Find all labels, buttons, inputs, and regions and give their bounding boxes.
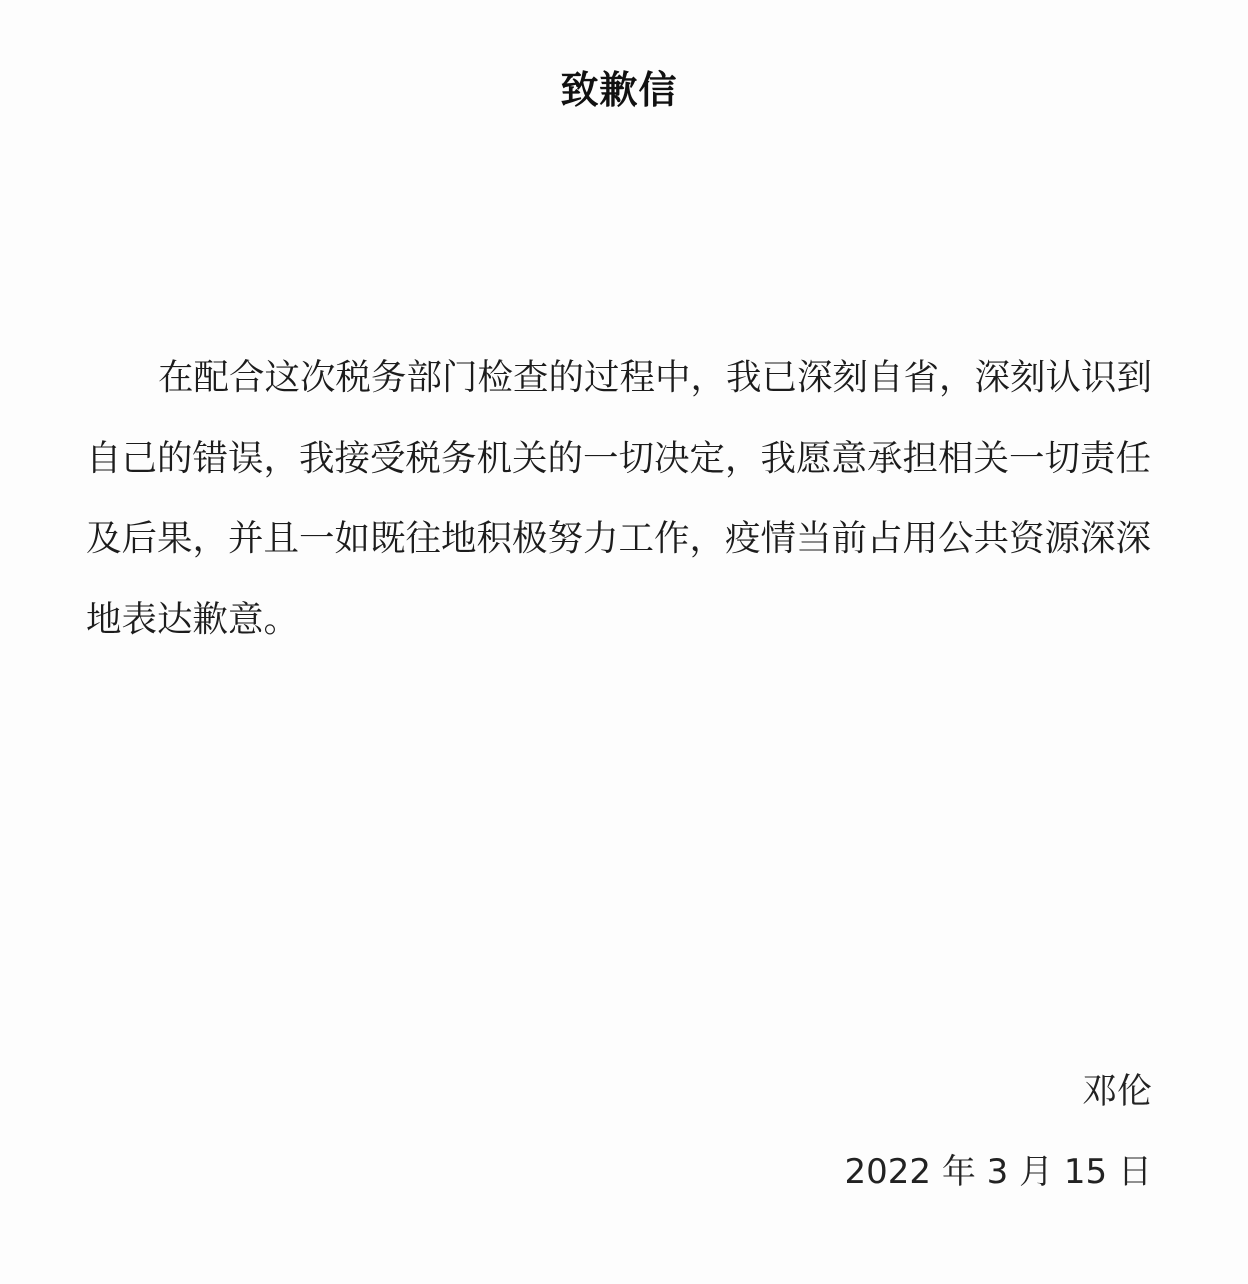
date-day-unit: 日 xyxy=(1118,1152,1152,1192)
body-line-2: 自己的错误，我接受税务机关的一切决定，我愿意承担相关一切责任 xyxy=(86,419,1158,500)
signature-date: 2022 年 3 月 15 日 xyxy=(845,1146,1153,1198)
body-line-3: 及后果，并且一如既往地积极努力工作，疫情当前占用公共资源深深 xyxy=(86,499,1158,580)
signature-name: 邓伦 xyxy=(1082,1066,1152,1118)
date-year: 2022 xyxy=(845,1152,932,1192)
letter-body: 在配合这次税务部门检查的过程中，我已深刻自省，深刻认识到 自己的错误，我接受税务… xyxy=(86,338,1158,660)
body-line-1: 在配合这次税务部门检查的过程中，我已深刻自省，深刻认识到 xyxy=(86,338,1158,419)
body-line-4: 地表达歉意。 xyxy=(86,580,1158,661)
date-year-unit: 年 xyxy=(942,1152,976,1192)
letter-title: 致歉信 xyxy=(0,62,1238,118)
letter-page: 致歉信 在配合这次税务部门检查的过程中，我已深刻自省，深刻认识到 自己的错误，我… xyxy=(0,0,1248,1284)
date-day: 15 xyxy=(1064,1152,1107,1192)
date-month-unit: 月 xyxy=(1019,1152,1053,1192)
date-month: 3 xyxy=(987,1152,1009,1192)
